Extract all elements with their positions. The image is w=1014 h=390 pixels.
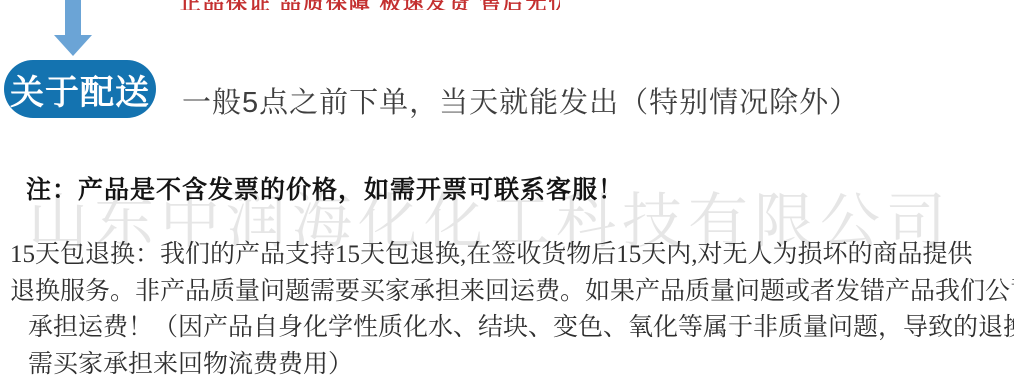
cutoff-red-banner: 正品保证 品质保障 极速发货 售后无忧 bbox=[180, 0, 560, 10]
delivery-headline: 一般5点之前下单，当天就能发出（特别情况除外） bbox=[182, 80, 859, 121]
return-policy-line-2: 退换服务。非产品质量问题需要买家承担来回运费。如果产品质量问题或者发错产品我们公… bbox=[10, 274, 1000, 311]
return-policy-line-1: 15天包退换：我们的产品支持15天包退换,在签收货物后15天内,对无人为损坏的商… bbox=[10, 237, 1000, 274]
cutoff-red-banner-text: 正品保证 品质保障 极速发货 售后无忧 bbox=[180, 0, 560, 10]
return-policy-line-3: 承担运费！（因产品自身化学性质化水、结块、变色、氧化等属于非质量问题，导致的退换… bbox=[10, 310, 1000, 347]
invoice-note: 注：产品是不含发票的价格，如需开票可联系客服！ bbox=[26, 170, 624, 206]
product-info-section: 正品保证 品质保障 极速发货 售后无忧 关于配送 一般5点之前下单，当天就能发出… bbox=[0, 0, 1014, 390]
return-policy-line-4: 需买家承担来回物流费费用） bbox=[10, 347, 1000, 384]
down-arrow-shaft bbox=[65, 0, 81, 35]
about-delivery-badge-label: 关于配送 bbox=[10, 65, 150, 114]
return-policy: 15天包退换：我们的产品支持15天包退换,在签收货物后15天内,对无人为损坏的商… bbox=[10, 237, 1000, 383]
about-delivery-badge: 关于配送 bbox=[4, 60, 156, 118]
down-arrow-head bbox=[54, 35, 92, 56]
